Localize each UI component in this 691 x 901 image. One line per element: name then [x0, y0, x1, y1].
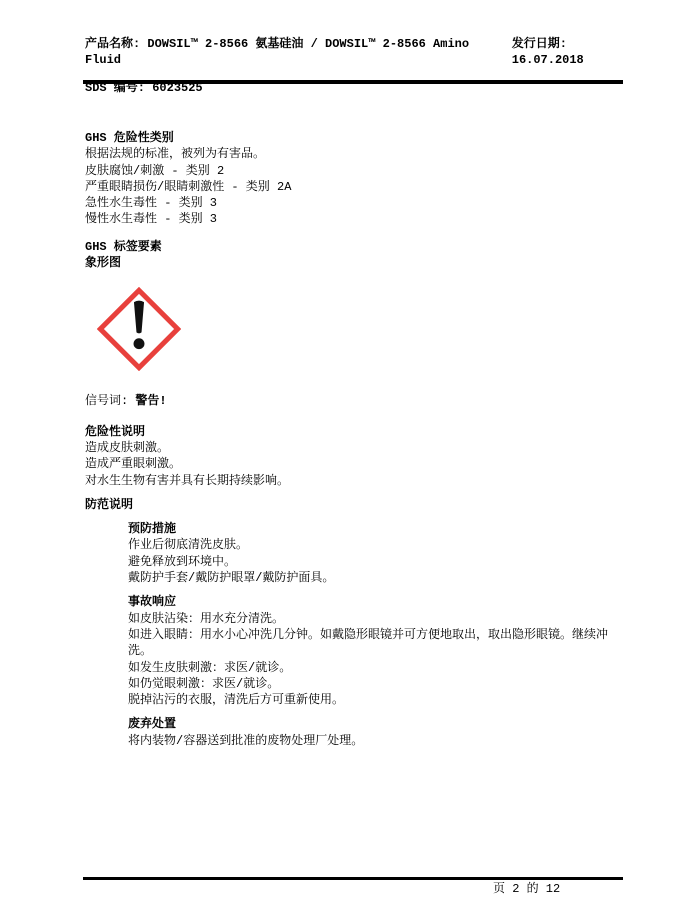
ghs-classification-title: GHS 危险性类别 [85, 130, 646, 146]
prevention-line: 作业后彻底清洗皮肤。 [128, 537, 646, 553]
ghs-hazard-classification-section: GHS 危险性类别 根据法规的标准，被列为有害品。 皮肤腐蚀/刺激 - 类别 2… [85, 130, 646, 228]
issue-date-label: 发行日期: [512, 37, 567, 51]
exclamation-dot [134, 339, 145, 350]
signal-word-label: 信号词: [85, 394, 128, 408]
response-line: 脱掉沾污的衣服，清洗后方可重新使用。 [128, 692, 646, 708]
hazard-category-line: 急性水生毒性 - 类别 3 [85, 195, 646, 211]
product-name-value: DOWSIL™ 2-8566 氨基硅油 / DOWSIL™ 2-8566 Ami… [85, 37, 469, 67]
product-name-line: 产品名称: DOWSIL™ 2-8566 氨基硅油 / DOWSIL™ 2-85… [85, 36, 512, 68]
sds-document-page: 产品名称: DOWSIL™ 2-8566 氨基硅油 / DOWSIL™ 2-85… [0, 0, 691, 901]
disposal-line: 将内装物/容器送到批准的废物处理厂处理。 [128, 733, 646, 749]
response-line: 如仍觉眼刺激：求医/就诊。 [128, 676, 646, 692]
product-name-label: 产品名称: [85, 37, 140, 51]
hazard-category-line: 严重眼睛损伤/眼睛刺激性 - 类别 2A [85, 179, 646, 195]
hazard-statement-line: 造成皮肤刺激。 [85, 440, 646, 456]
precautionary-statements-section: 防范说明 预防措施 作业后彻底清洗皮肤。 避免释放到环境中。 戴防护手套/戴防护… [85, 497, 646, 749]
exclamation-mark-icon [97, 287, 181, 371]
issue-date-line: 发行日期: 16.07.2018 [512, 36, 646, 68]
response-subsection: 事故响应 如皮肤沾染：用水充分清洗。 如进入眼睛：用水小心冲洗几分钟。如戴隐形眼… [128, 594, 646, 708]
response-line: 洗。 [128, 643, 646, 659]
hazard-statement-line: 造成严重眼刺激。 [85, 456, 646, 472]
hazard-category-line: 皮肤腐蚀/刺激 - 类别 2 [85, 163, 646, 179]
hazard-statement-line: 对水生生物有害并具有长期持续影响。 [85, 473, 646, 489]
precautionary-title: 防范说明 [85, 497, 646, 513]
prevention-subsection: 预防措施 作业后彻底清洗皮肤。 避免释放到环境中。 戴防护手套/戴防护眼罩/戴防… [128, 521, 646, 586]
pictogram-heading: 象形图 [85, 255, 646, 271]
response-line: 如进入眼睛：用水小心冲洗几分钟。如戴隐形眼镜并可方便地取出，取出隐形眼镜。继续冲 [128, 627, 646, 643]
hazard-statements-title: 危险性说明 [85, 424, 646, 440]
response-title: 事故响应 [128, 594, 646, 610]
header-row-product: 产品名称: DOWSIL™ 2-8566 氨基硅油 / DOWSIL™ 2-85… [85, 36, 646, 68]
issue-date-value: 16.07.2018 [512, 53, 584, 67]
signal-word-value: 警告! [135, 394, 166, 408]
page-number: 页 2 的 12 [493, 881, 560, 897]
prevention-title: 预防措施 [128, 521, 646, 537]
signal-word-line: 信号词: 警告! [85, 393, 646, 409]
response-line: 如皮肤沾染：用水充分清洗。 [128, 611, 646, 627]
ghs-label-elements-section: GHS 标签要素 象形图 信号词: 警告! 危险性说明 造成皮肤刺激。 造成严重… [85, 239, 646, 489]
ghs07-exclamation-pictogram [97, 287, 181, 371]
ghs-classification-intro: 根据法规的标准，被列为有害品。 [85, 146, 646, 162]
hazard-category-line: 慢性水生毒性 - 类别 3 [85, 211, 646, 227]
document-body: GHS 危险性类别 根据法规的标准，被列为有害品。 皮肤腐蚀/刺激 - 类别 2… [0, 130, 691, 749]
disposal-subsection: 废弃处置 将内装物/容器送到批准的废物处理厂处理。 [128, 716, 646, 749]
prevention-line: 戴防护手套/戴防护眼罩/戴防护面具。 [128, 570, 646, 586]
header-divider [83, 80, 623, 84]
response-line: 如发生皮肤刺激：求医/就诊。 [128, 660, 646, 676]
prevention-line: 避免释放到环境中。 [128, 554, 646, 570]
disposal-title: 废弃处置 [128, 716, 646, 732]
footer-divider [83, 877, 623, 880]
ghs-label-elements-title: GHS 标签要素 [85, 239, 646, 255]
